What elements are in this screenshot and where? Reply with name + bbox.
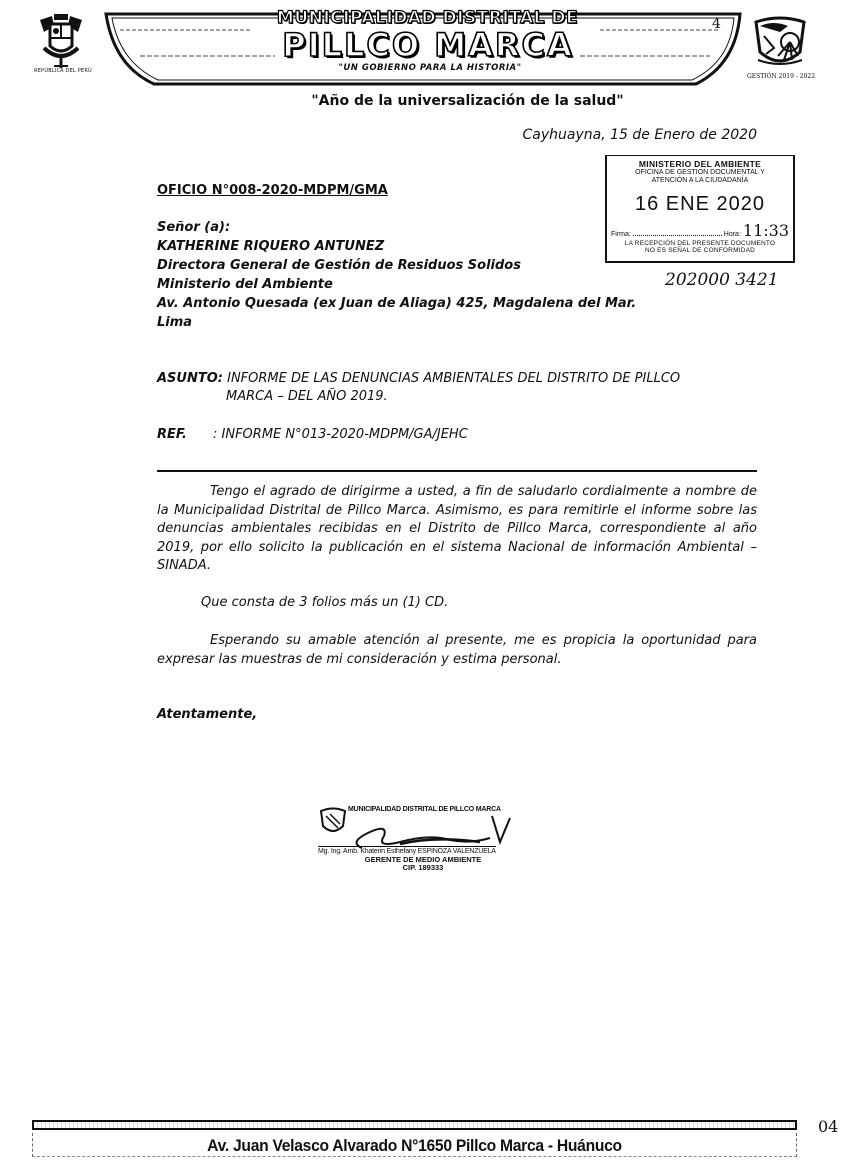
addressee-block: Señor (a): KATHERINE RIQUERO ANTUNEZ Dir… xyxy=(157,218,636,332)
reference-block: REF.: INFORME N°013-2020-MDPM/GA/JEHC xyxy=(157,427,468,442)
body-paragraph-2: Que consta de 3 folios más un (1) CD. xyxy=(157,594,757,613)
addressee-position: Directora General de Gestión de Residuos… xyxy=(157,256,636,275)
right-crest-caption: GESTIÓN 2019 - 2022 xyxy=(742,73,820,80)
stamp-hora-label: Hora: xyxy=(724,231,741,238)
stamp-office: OFICINA DE GESTIÓN DOCUMENTAL Y xyxy=(607,169,793,177)
addressee-name: KATHERINE RIQUERO ANTUNEZ xyxy=(157,237,636,256)
signatory-title-block: GERENTE DE MEDIO AMBIENTE CIP. 189333 xyxy=(318,856,528,872)
page-number: 04 xyxy=(818,1117,838,1136)
left-crest-caption: REPÚBLICA DEL PERÚ xyxy=(28,68,98,74)
subject-text-line1: INFORME DE LAS DENUNCIAS AMBIENTALES DEL… xyxy=(223,371,680,386)
municipal-shield-icon xyxy=(750,12,810,72)
banner-municipality-line: MUNICIPALIDAD DISTRITAL DE xyxy=(255,8,600,28)
stamp-date: 16 ENE 2020 xyxy=(607,193,793,216)
subject-block: ASUNTO: INFORME DE LAS DENUNCIAS AMBIENT… xyxy=(157,370,757,406)
addressee-city: Lima xyxy=(157,313,636,332)
stamp-attention: ATENCIÓN A LA CIUDADANÍA xyxy=(607,177,793,185)
reference-text: : INFORME N°013-2020-MDPM/GA/JEHC xyxy=(213,427,468,442)
subject-label: ASUNTO: xyxy=(157,371,223,386)
signatory-name: Mg. Ing. Amb. Khaterin Esthefany ESPINOZ… xyxy=(318,846,496,855)
stamp-hora-value: 11:33 xyxy=(743,221,789,240)
oficio-number: OFICIO N°008-2020-MDPM/GMA xyxy=(157,183,388,198)
footer-address: Av. Juan Velasco Alvarado N°1650 Pillco … xyxy=(63,1136,767,1156)
peru-coat-of-arms-icon xyxy=(30,12,92,70)
body-paragraph-3: Esperando su amable atención al presente… xyxy=(157,632,757,669)
addressee-institution: Ministerio del Ambiente xyxy=(157,275,636,294)
reference-label: REF. xyxy=(157,427,213,442)
closing: Atentamente, xyxy=(157,707,257,722)
signatory-cip: CIP. 189333 xyxy=(318,864,528,872)
addressee-address: Av. Antonio Quesada (ex Juan de Aliaga) … xyxy=(157,294,636,313)
addressee-salutation: Señor (a): xyxy=(157,218,636,237)
stamp-ministry: MINISTERIO DEL AMBIENTE xyxy=(607,159,793,169)
banner-district-name: PILLCO MARCA xyxy=(278,28,578,62)
subject-text-line2: MARCA – DEL AÑO 2019. xyxy=(157,388,757,406)
body-paragraph-1: Tengo el agrado de dirigirme a usted, a … xyxy=(157,483,757,576)
footer-bar xyxy=(32,1120,797,1130)
banner-slogan: "UN GOBIERNO PARA LA HISTORIA" xyxy=(300,63,560,73)
stamp-handwritten-number: 202000 3421 xyxy=(665,270,779,290)
section-divider xyxy=(157,470,757,472)
handwritten-mark: 4 xyxy=(712,16,721,32)
year-motto: "Año de la universalización de la salud" xyxy=(0,93,865,109)
date-line: Cayhuayna, 15 de Enero de 2020 xyxy=(523,127,758,143)
stamp-firma-line xyxy=(633,229,722,236)
